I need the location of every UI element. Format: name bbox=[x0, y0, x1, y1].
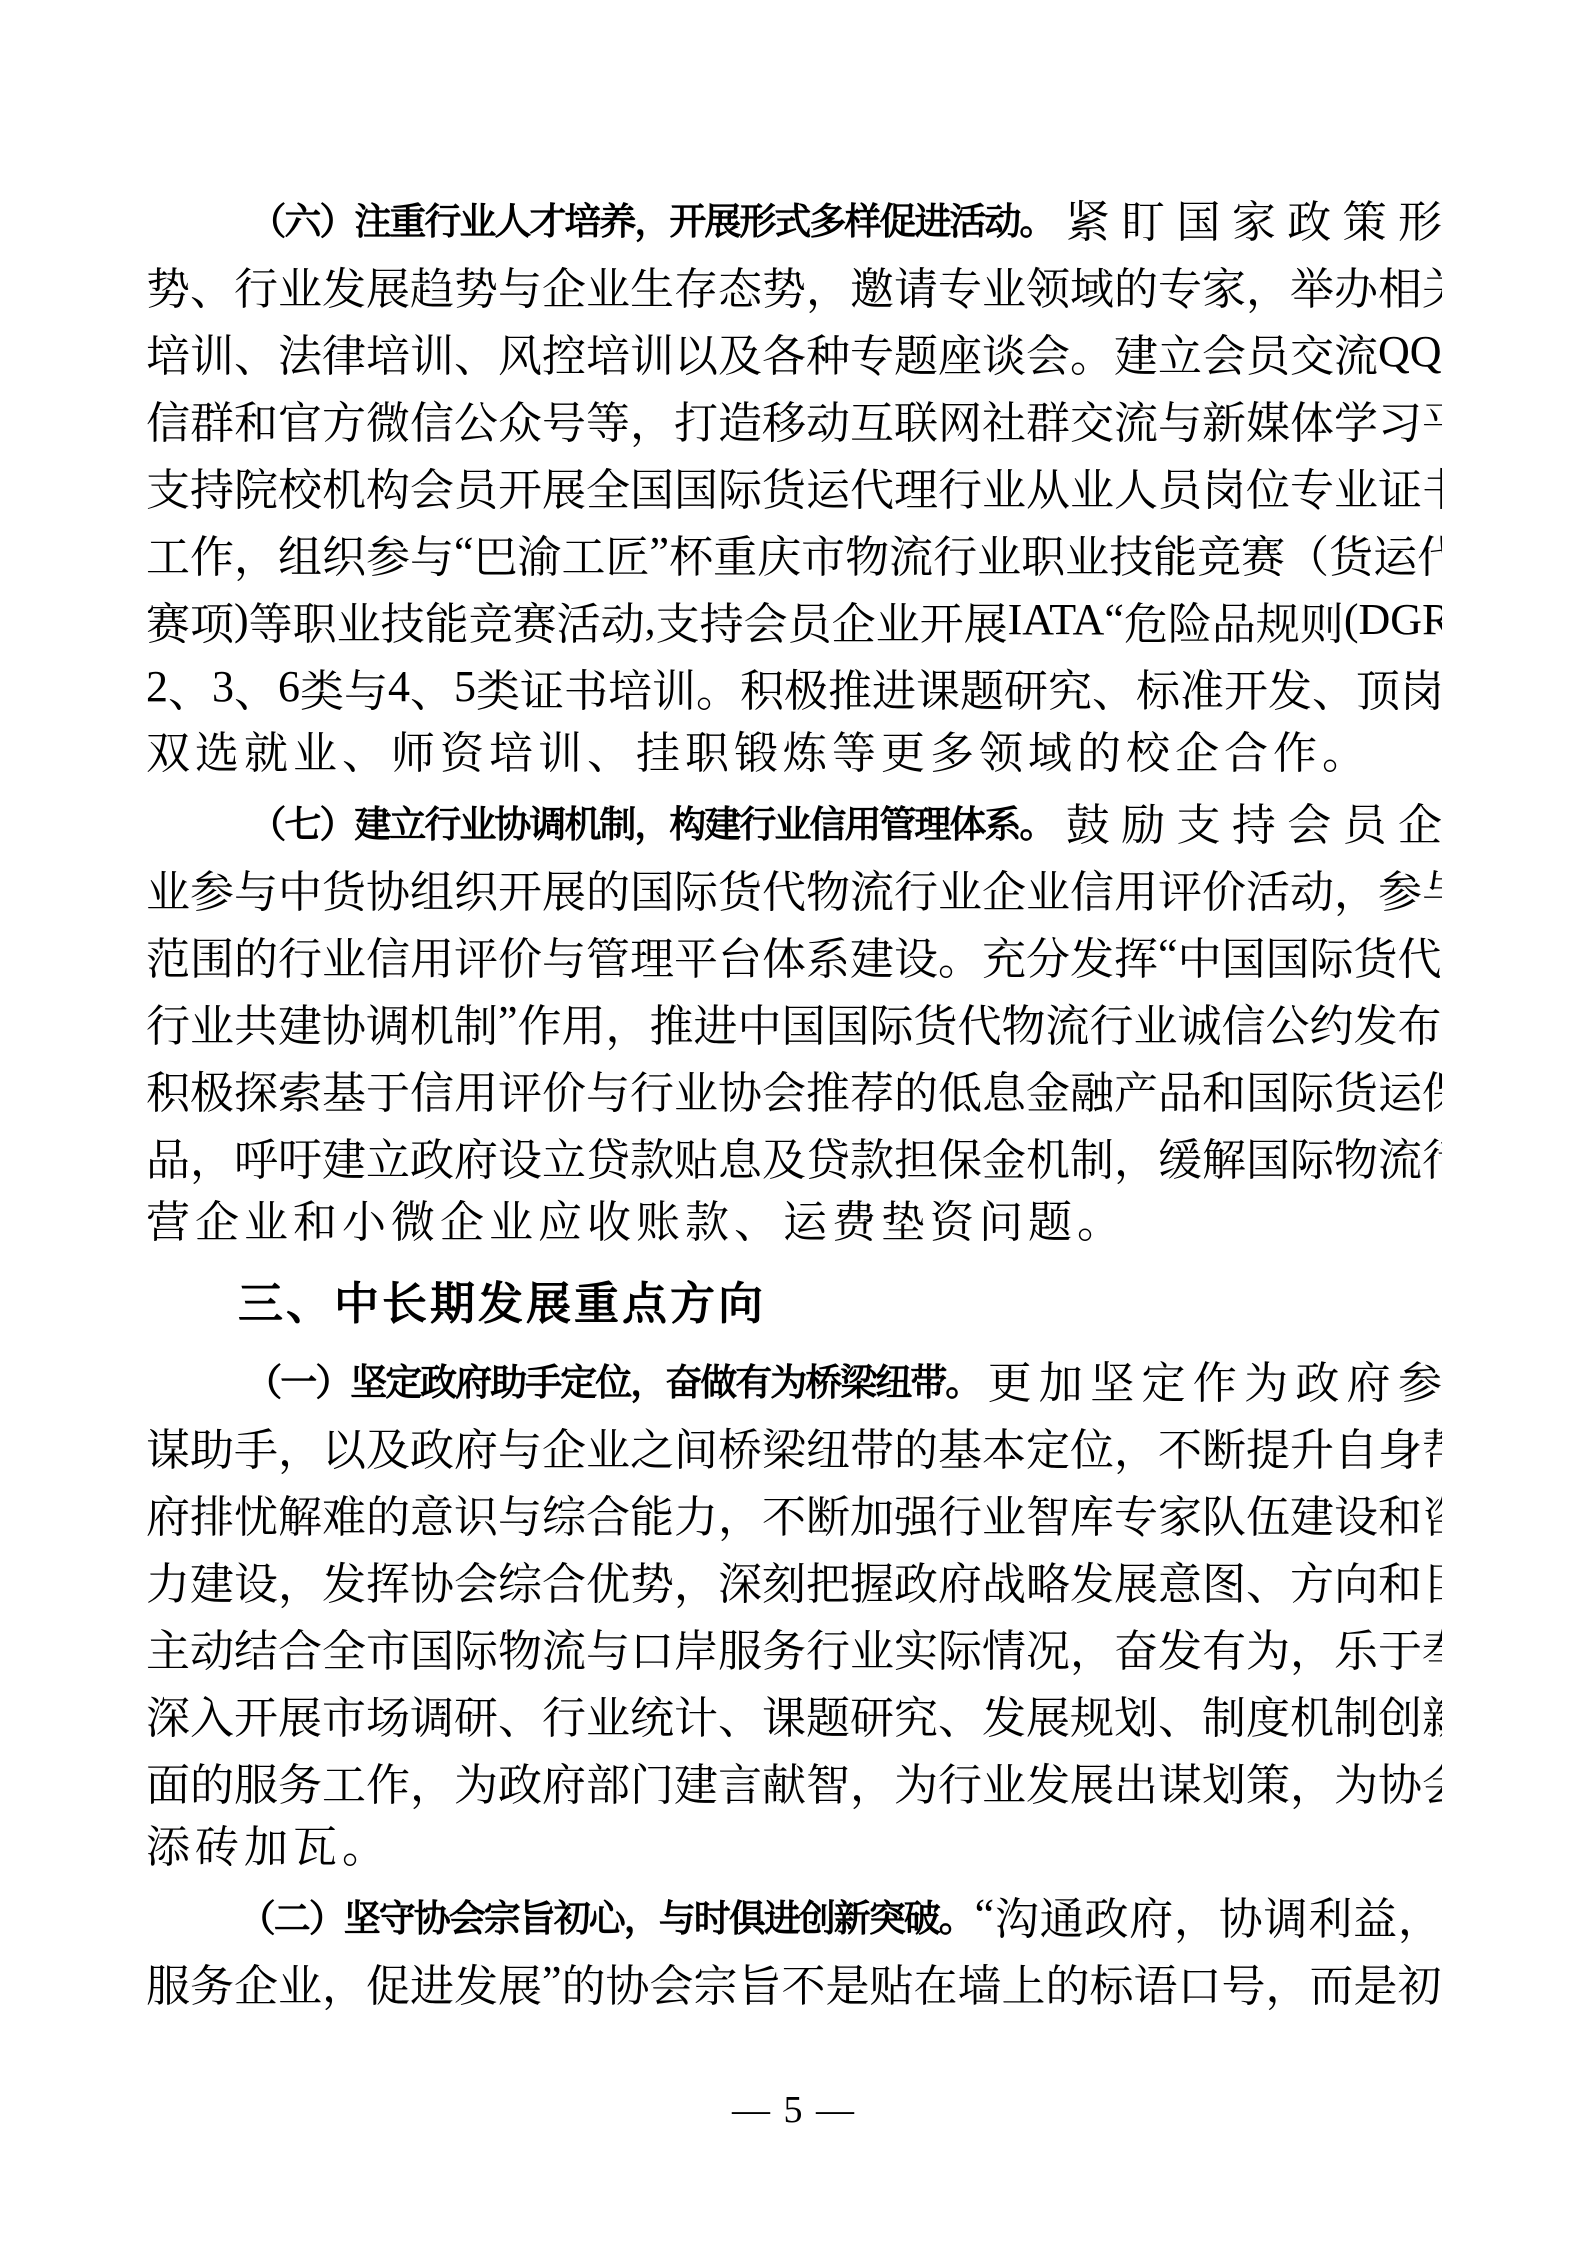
text-line: 主动结合全市国际物流与口岸服务行业实际情况，奋发有为，乐于奉献， bbox=[146, 1613, 1442, 1680]
text-line: 双选就业、师资培训、挂职锻炼等更多领域的校企合作。 bbox=[146, 720, 1442, 787]
text-line: 府排忧解难的意识与综合能力，不断加强行业智库专家队伍建设和咨询能 bbox=[146, 1479, 1442, 1546]
text-line: 力建设，发挥协会综合优势，深刻把握政府战略发展意图、方向和目标， bbox=[146, 1546, 1442, 1613]
text-line: 深入开展市场调研、行业统计、课题研究、发展规划、制度机制创新等方 bbox=[146, 1680, 1442, 1747]
text-line: （七）建立行业协调机制，构建行业信用管理体系。鼓励支持会员企 bbox=[146, 787, 1442, 854]
text-line: 2、3、6类与4、5类证书培训。积极推进课题研究、标准开发、顶岗实习、 bbox=[146, 653, 1442, 720]
section-heading: 三、中长期发展重点方向 bbox=[146, 1270, 1442, 1337]
text-line: 面的服务工作，为政府部门建言献智，为行业发展出谋划策，为协会成长 bbox=[146, 1747, 1442, 1814]
bold-lead: （二）坚守协会宗旨初心，与时俱进创新突破。 bbox=[239, 1888, 974, 1942]
text-line: （一）坚定政府助手定位，奋做有为桥梁纽带。更加坚定作为政府参 bbox=[146, 1345, 1442, 1412]
text-line: 业参与中货协组织开展的国际货代物流行业企业信用评价活动，参与全国 bbox=[146, 854, 1442, 921]
text-line: 势、行业发展趋势与企业生存态势，邀请专业领域的专家，举办相关政策 bbox=[146, 251, 1442, 318]
text-line: 谋助手，以及政府与企业之间桥梁纽带的基本定位，不断提升自身帮助政 bbox=[146, 1412, 1442, 1479]
text-line: 品，呼吁建立政府设立贷款贴息及贷款担保金机制，缓解国际物流行业民 bbox=[146, 1122, 1442, 1189]
text-line: 培训、法律培训、风控培训以及各种专题座谈会。建立会员交流QQ群、微 bbox=[146, 318, 1442, 385]
document-page: （六）注重行业人才培养，开展形式多样促进活动。紧盯国家政策形势、行业发展趋势与企… bbox=[0, 0, 1588, 2245]
text-line: 服务企业，促进发展”的协会宗旨不是贴在墙上的标语口号，而是初心、使 bbox=[146, 1948, 1442, 2015]
text-line: （六）注重行业人才培养，开展形式多样促进活动。紧盯国家政策形 bbox=[146, 184, 1442, 251]
text-line: （二）坚守协会宗旨初心，与时俱进创新突破。“沟通政府，协调利益， bbox=[146, 1881, 1442, 1948]
bold-lead: （一）坚定政府助手定位，奋做有为桥梁纽带。 bbox=[245, 1352, 980, 1406]
text-line: 工作，组织参与“巴渝工匠”杯重庆市物流行业职业技能竞赛（货运代理 bbox=[146, 519, 1442, 586]
page-number: — 5 — bbox=[0, 2088, 1588, 2132]
text-line: 营企业和小微企业应收账款、运费垫资问题。 bbox=[146, 1189, 1442, 1256]
bold-lead: （六）注重行业人才培养，开展形式多样促进活动。 bbox=[249, 191, 1054, 245]
text-body: （六）注重行业人才培养，开展形式多样促进活动。紧盯国家政策形势、行业发展趋势与企… bbox=[146, 184, 1442, 2015]
text-line: 赛项)等职业技能竞赛活动,支持会员企业开展IATA“危险品规则(DGR)1、 bbox=[146, 586, 1442, 653]
bold-lead: （七）建立行业协调机制，构建行业信用管理体系。 bbox=[249, 794, 1054, 848]
text-line: 信群和官方微信公众号等，打造移动互联网社群交流与新媒体学习平台。 bbox=[146, 385, 1442, 452]
text-line: 支持院校机构会员开展全国国际货运代理行业从业人员岗位专业证书培训 bbox=[146, 452, 1442, 519]
text-line: 行业共建协调机制”作用，推进中国国际货代物流行业诚信公约发布实施。 bbox=[146, 988, 1442, 1055]
text-line: 范围的行业信用评价与管理平台体系建设。充分发挥“中国国际货代物流 bbox=[146, 921, 1442, 988]
text-line: 积极探索基于信用评价与行业协会推荐的低息金融产品和国际货运保险产 bbox=[146, 1055, 1442, 1122]
text-line: 添砖加瓦。 bbox=[146, 1814, 1442, 1881]
